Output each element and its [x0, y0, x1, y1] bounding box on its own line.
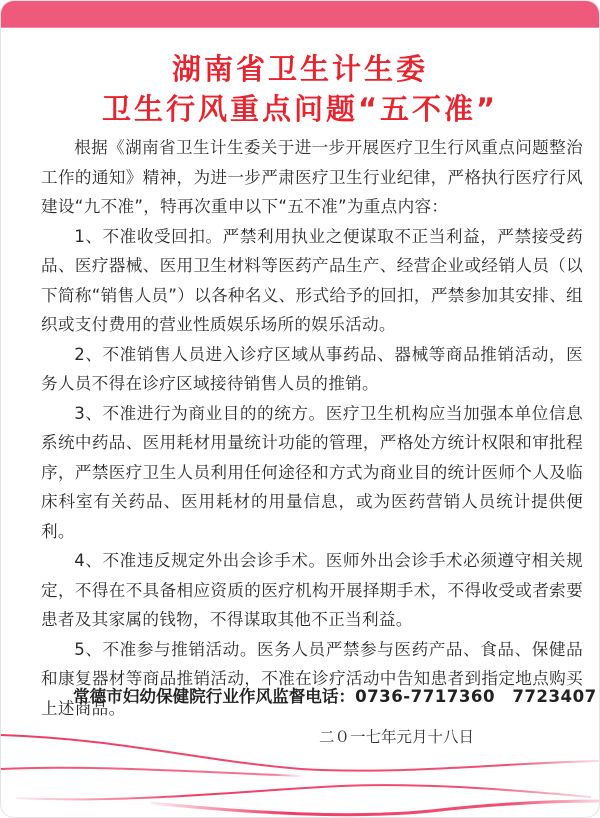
hotline-phone-1: 0736-7717360 [355, 687, 495, 706]
rule-4-paragraph: 4、不准违反规定外出会诊手术。医师外出会诊手术必须遵守相关规定，不得在不具备相应… [41, 546, 583, 635]
rule-3-paragraph: 3、不准进行为商业目的的统方。医疗卫生机构应当加强本单位信息系统中药品、医用耗材… [41, 399, 583, 547]
rule-2-paragraph: 2、不准销售人员进入诊疗区域从事药品、器械等商品推销活动，医务人员不得在诊疗区域… [41, 340, 583, 399]
supervision-hotline: 常德市妇幼保健院行业作风监督电话：0736-7717360 7723407 [73, 683, 593, 711]
page-title: 湖南省卫生计生委 卫生行风重点问题“五不准” [1, 49, 599, 129]
decorative-waves [1, 731, 600, 818]
hotline-label: 常德市妇幼保健院行业作风监督电话： [73, 687, 355, 706]
header-band [1, 1, 599, 28]
hotline-phone-2: 7723407 [512, 687, 596, 706]
title-line-1: 湖南省卫生计生委 [1, 49, 599, 89]
notice-card: 湖南省卫生计生委 卫生行风重点问题“五不准” 根据《湖南省卫生计生委关于进一步开… [0, 0, 600, 818]
notice-body: 根据《湖南省卫生计生委关于进一步开展医疗卫生行风重点问题整治工作的通知》精神，为… [41, 133, 583, 723]
title-line-2: 卫生行风重点问题“五不准” [1, 89, 599, 129]
intro-paragraph: 根据《湖南省卫生计生委关于进一步开展医疗卫生行风重点问题整治工作的通知》精神，为… [41, 133, 583, 222]
rule-1-paragraph: 1、不准收受回扣。严禁利用执业之便谋取不正当利益，严禁接受药品、医疗器械、医用卫… [41, 222, 583, 340]
